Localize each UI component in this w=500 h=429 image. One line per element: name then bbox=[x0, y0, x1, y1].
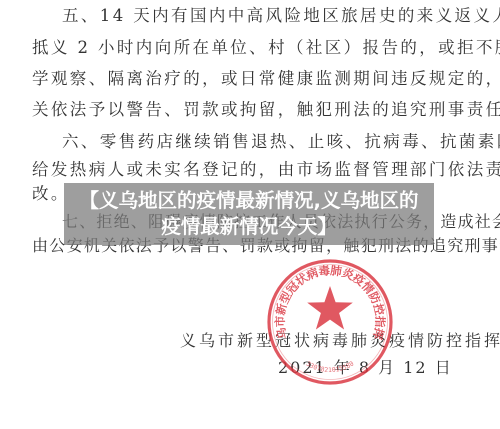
paragraph-6-line-1: 六、零售药店继续销售退热、止咳、抗病毒、抗菌素四类药品 bbox=[62, 132, 462, 152]
paragraph-5-line-3: 学观察、隔离治疗的，或日常健康监测期间违反规定的，由公安机 bbox=[32, 69, 462, 89]
official-seal-stamp-icon: 义乌市新型冠状病毒肺炎疫情防控指挥部 3307821015580 bbox=[266, 258, 394, 386]
paragraph-5-line-1: 五、14 天内有国内中高风险地区旅居史的来义返义人员未在 bbox=[62, 6, 462, 26]
title-overlay-banner: 【义乌地区的疫情最新情况,义乌地区的疫情最新情况今天】 bbox=[64, 183, 434, 245]
overlay-title[interactable]: 【义乌地区的疫情最新情况,义乌地区的疫情最新情况今天】 bbox=[73, 188, 425, 240]
paragraph-5-line-4: 关依法予以警告、罚款或拘留，触犯刑法的追究刑事责任。 bbox=[32, 100, 462, 120]
paragraph-6-line-2: 给发热病人或未实名登记的，由市场监督管理部门依法责令停业整 bbox=[32, 160, 462, 180]
paragraph-5-line-2: 抵义 2 小时内向所在单位、村（社区）报告的，或拒不服从隔离医 bbox=[32, 38, 462, 58]
svg-text:3307821015580: 3307821015580 bbox=[305, 360, 356, 374]
